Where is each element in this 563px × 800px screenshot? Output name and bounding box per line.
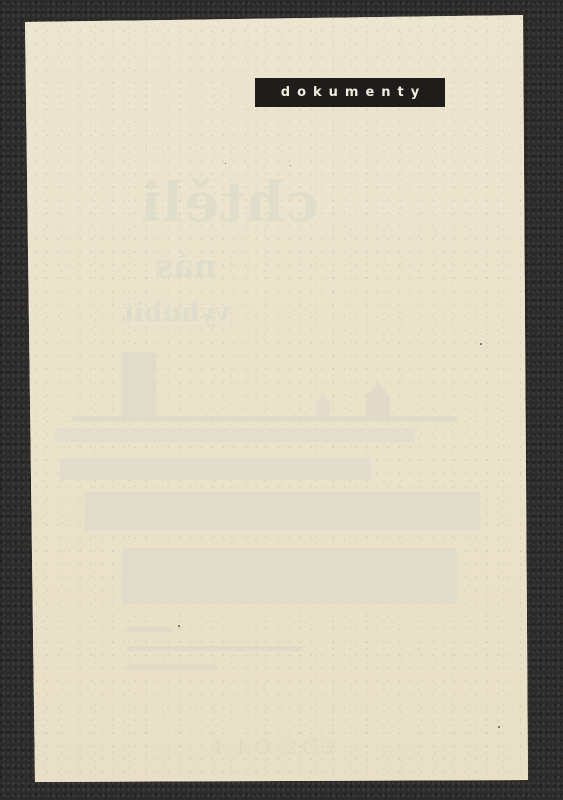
show-through-title-line-2: nás xyxy=(155,247,217,285)
series-label-box: dokumenty xyxy=(255,78,445,107)
show-through-text-line xyxy=(127,646,302,651)
series-label: dokumenty xyxy=(274,85,426,100)
show-through-band xyxy=(85,492,480,530)
show-through-text-line xyxy=(127,665,217,670)
show-through-text-line xyxy=(127,627,172,632)
dust-speck xyxy=(290,165,291,166)
paper-texture xyxy=(0,0,563,800)
show-through-handwritten-note: 4 LO 2C3 xyxy=(210,735,338,759)
dust-speck xyxy=(178,625,180,627)
show-through-ground-line xyxy=(72,416,457,421)
dust-speck xyxy=(225,163,226,164)
show-through-tower-silhouette xyxy=(122,352,156,420)
show-through-title-line-1: chtěli xyxy=(140,170,318,234)
show-through-band xyxy=(55,428,415,442)
dust-speck xyxy=(498,726,500,728)
document-page: chtěli nás vyhubit 4 LO 2C3 dokumenty xyxy=(0,0,563,800)
show-through-band xyxy=(122,548,457,604)
show-through-band xyxy=(60,458,370,480)
show-through-title-line-3: vyhubit xyxy=(122,298,230,328)
dust-speck xyxy=(480,343,482,345)
